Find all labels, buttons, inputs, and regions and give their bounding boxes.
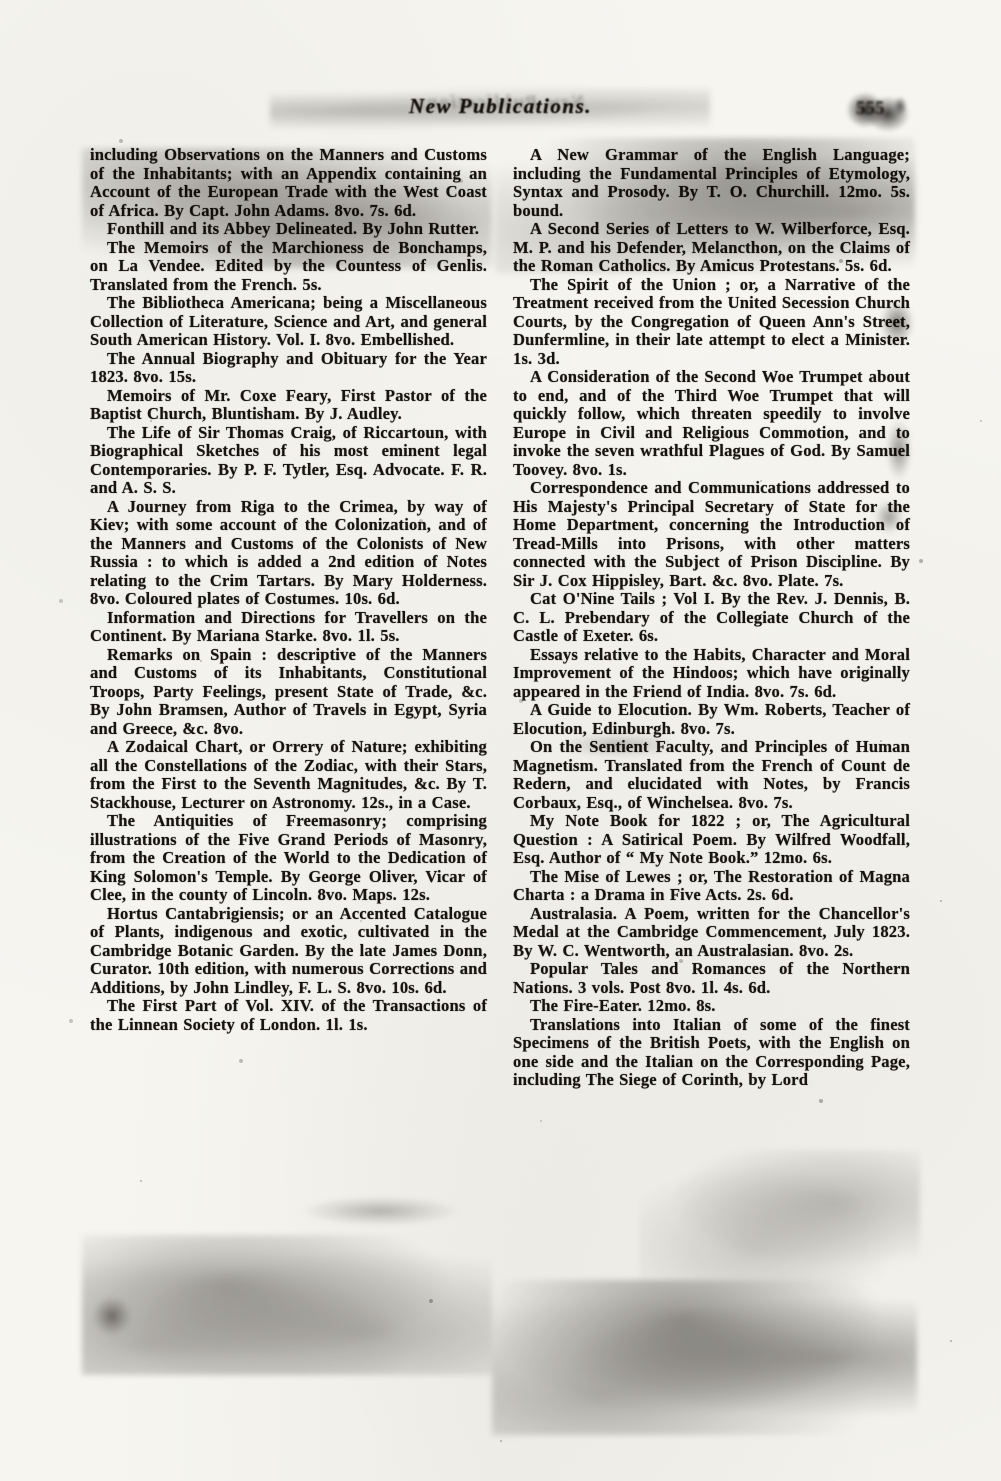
- book-entry: Information and Directions for Traveller…: [90, 609, 487, 646]
- book-entry: Hortus Cantabrigiensis; or an Accented C…: [90, 905, 487, 998]
- book-entry: The Antiquities of Freemasonry; comprisi…: [90, 812, 487, 905]
- book-entry: The Annual Biography and Obituary for th…: [90, 350, 487, 387]
- book-entry: A Second Series of Letters to W. Wilberf…: [513, 220, 910, 276]
- book-entry: My Note Book for 1822 ; or, The Agricult…: [513, 812, 910, 868]
- book-entry: Essays relative to the Habits, Character…: [513, 646, 910, 702]
- left-column: including Observations on the Manners an…: [90, 146, 487, 1090]
- book-entry: A Consideration of the Second Woe Trumpe…: [513, 368, 910, 479]
- page-number: 555: [846, 92, 910, 132]
- ink-smudge: [640, 1150, 920, 1280]
- book-entry: A Journey from Riga to the Crimea, by wa…: [90, 498, 487, 609]
- book-entry: The First Part of Vol. XIV. of the Trans…: [90, 997, 487, 1034]
- book-entry: including Observations on the Manners an…: [90, 146, 487, 220]
- two-column-text-block: including Observations on the Manners an…: [90, 146, 910, 1090]
- book-entry: Australasia. A Poem, written for the Cha…: [513, 905, 910, 961]
- scan-noise-specks: [0, 0, 2, 2]
- book-entry: Fonthill and its Abbey Delineated. By Jo…: [90, 220, 487, 239]
- book-entry: Cat O'Nine Tails ; Vol I. By the Rev. J.…: [513, 590, 910, 646]
- book-entry: The Mise of Lewes ; or, The Restoration …: [513, 868, 910, 905]
- ink-smudge: [492, 1280, 917, 1435]
- book-entry: Correspondence and Communications addres…: [513, 479, 910, 590]
- page-number-text: 555: [856, 98, 885, 120]
- book-entry: Translations into Italian of some of the…: [513, 1016, 910, 1090]
- book-entry: A Zodaical Chart, or Orrery of Nature; e…: [90, 738, 487, 812]
- book-entry: A Guide to Elocution. By Wm. Roberts, Te…: [513, 701, 910, 738]
- book-entry: Memoirs of Mr. Coxe Feary, First Pastor …: [90, 387, 487, 424]
- book-entry: On the Sentient Faculty, and Principles …: [513, 738, 910, 812]
- book-entry: The Bibliotheca Americana; being a Misce…: [90, 294, 487, 350]
- ink-smudge: [82, 1235, 492, 1375]
- book-entry: Popular Tales and Romances of the Northe…: [513, 960, 910, 997]
- ink-blot: [92, 1296, 132, 1336]
- ink-blot: [300, 1196, 460, 1226]
- right-column: A New Grammar of the English Language; i…: [513, 146, 910, 1090]
- book-entry: The Life of Sir Thomas Craig, of Riccart…: [90, 424, 487, 498]
- book-entry: A New Grammar of the English Language; i…: [513, 146, 910, 220]
- book-entry: The Fire-Eater. 12mo. 8s.: [513, 997, 910, 1016]
- scanned-document-page: New Publications New Publications. 555 i…: [0, 0, 1001, 1481]
- book-entry: The Spirit of the Union ; or, a Narrativ…: [513, 276, 910, 369]
- book-entry: The Memoirs of the Marchioness de Boncha…: [90, 239, 487, 295]
- book-entry: Remarks on Spain : descriptive of the Ma…: [90, 646, 487, 739]
